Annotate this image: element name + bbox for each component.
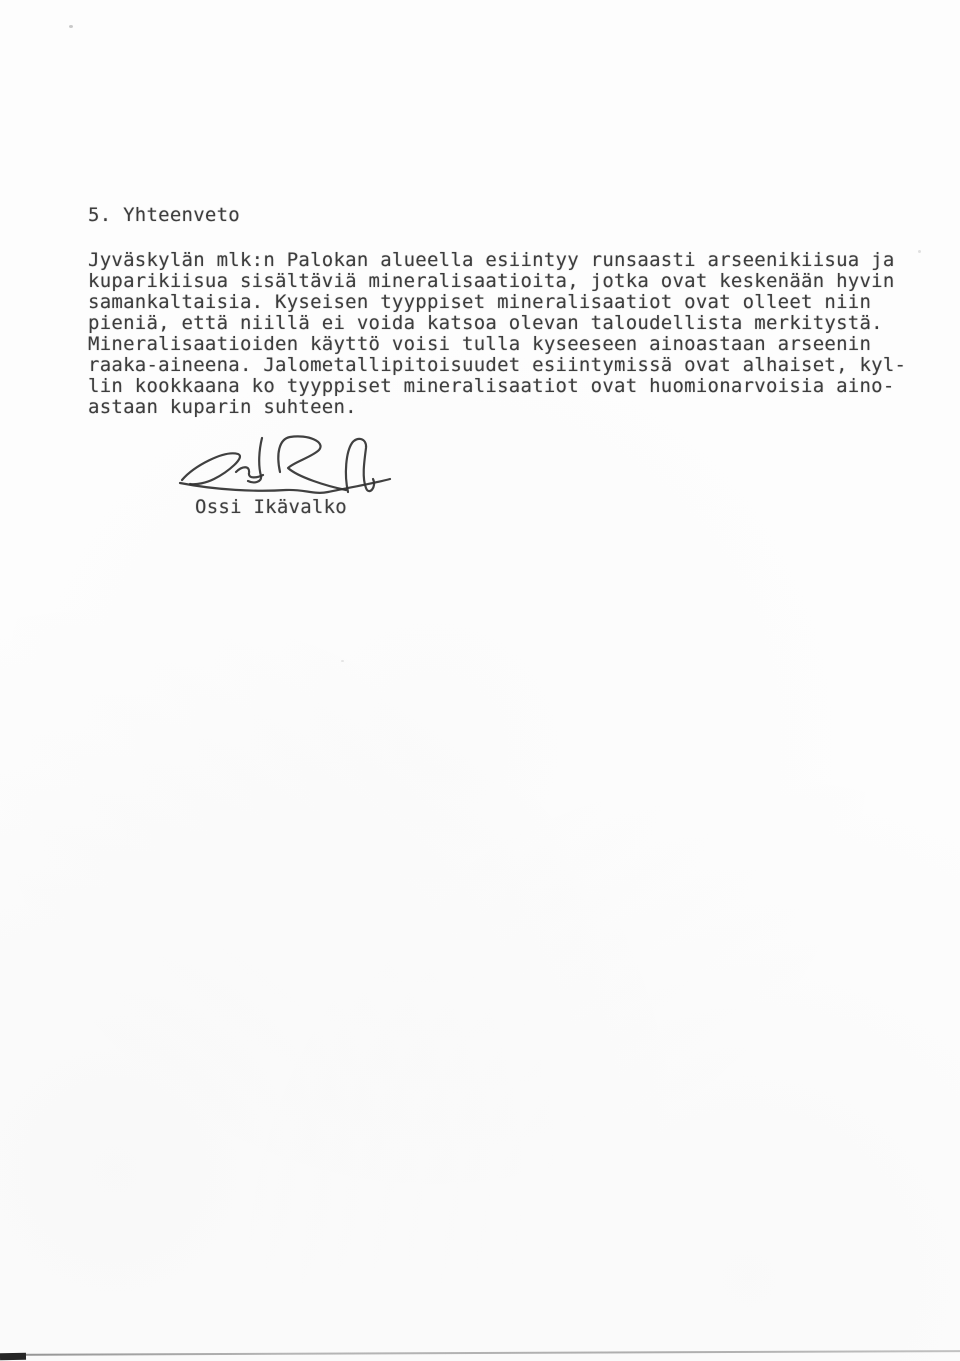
- handwritten-signature-icon: [176, 430, 396, 505]
- scan-edge-corner: [0, 1353, 26, 1360]
- section-heading: 5. Yhteenveto: [88, 205, 240, 226]
- scan-speck: [341, 660, 344, 662]
- scan-speck: [918, 250, 921, 253]
- scan-edge-line: [0, 1350, 960, 1356]
- summary-paragraph: Jyväskylän mlk:n Palokan alueella esiint…: [88, 250, 928, 418]
- scanned-document-page: 5. Yhteenveto Jyväskylän mlk:n Palokan a…: [0, 0, 960, 1361]
- signature-name: Ossi Ikävalko: [195, 497, 347, 518]
- scan-speck: [69, 25, 73, 28]
